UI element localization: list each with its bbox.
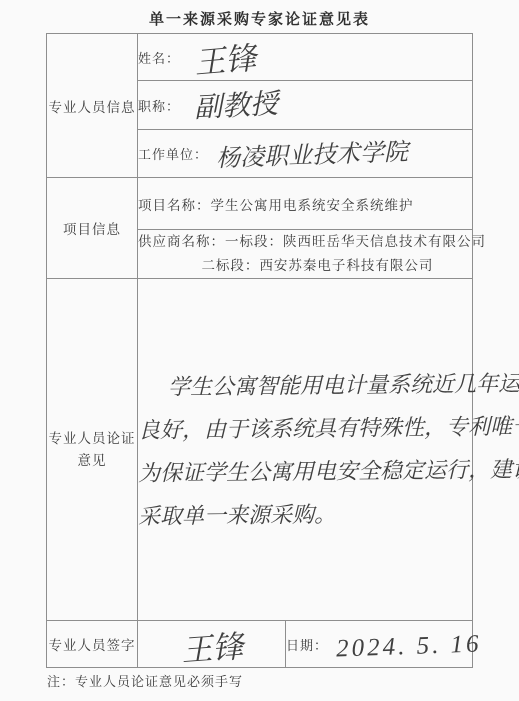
supplier-label: 供应商名称： [138, 234, 225, 249]
expert-opinion-label-line2: 意见 [47, 450, 137, 472]
supplier-section1-label: 一标段： [225, 234, 283, 249]
supplier-section2-label: 二标段： [201, 258, 259, 273]
project-name-cell: 项目名称：学生公寓用电系统安全系统维护 [138, 178, 473, 230]
project-name-value: 学生公寓用电系统安全系统维护 [211, 198, 414, 213]
opinion-line: 为保证学生公寓用电安全稳定运行，建议 [138, 448, 472, 494]
supplier-section1-value: 陕西旺岳华天信息技术有限公司 [283, 234, 486, 249]
signature-cell: 王锋 [138, 621, 286, 668]
jobtitle-handwritten-value: 副教授 [193, 91, 278, 123]
work-unit-handwritten-value: 杨凌职业技术学院 [216, 140, 409, 171]
supplier-line-1: 供应商名称：一标段：陕西旺岳华天信息技术有限公司 [138, 230, 472, 254]
expert-opinion-label-line1: 专业人员论证 [47, 428, 137, 450]
section-label-signature: 专业人员签字 [47, 621, 138, 668]
opinion-handwritten-cell: 学生公寓智能用电计量系统近几年运行 良好，由于该系统具有特殊性，专利唯一性， 为… [138, 279, 473, 621]
supplier-section2-value: 西安苏秦电子科技有限公司 [259, 258, 433, 273]
jobtitle-field-cell: 职称： 副教授 [138, 81, 473, 130]
work-unit-label: 工作单位： [138, 144, 208, 163]
name-handwritten-value: 王锋 [193, 42, 257, 78]
opinion-line: 采取单一来源采购。 [138, 491, 472, 537]
jobtitle-label: 职称： [138, 96, 180, 115]
footnote: 注：专业人员论证意见必须手写 [47, 671, 243, 690]
signature-handwritten-value: 王锋 [180, 630, 244, 665]
section-label-personnel-info: 专业人员信息 [47, 34, 138, 178]
project-name-label: 项目名称： [138, 198, 211, 213]
date-label: 日期： [286, 635, 328, 654]
section-label-expert-opinion: 专业人员论证 意见 [47, 279, 138, 621]
supplier-line-2: 二标段：西安苏秦电子科技有限公司 [138, 254, 472, 278]
section-label-project-info: 项目信息 [47, 178, 138, 279]
date-cell: 日期： 2024. 5. 16 [286, 621, 473, 668]
opinion-form-table: 专业人员信息 姓名： 王锋 职称： 副教授 工作单位： 杨凌职业技术学院 项目信… [46, 33, 473, 668]
form-title: 单一来源采购专家论证意见表 [0, 8, 519, 29]
opinion-line: 学生公寓智能用电计量系统近几年运行 [138, 362, 472, 408]
supplier-cell: 供应商名称：一标段：陕西旺岳华天信息技术有限公司 二标段：西安苏秦电子科技有限公… [138, 230, 473, 279]
name-field-cell: 姓名： 王锋 [138, 34, 473, 81]
date-handwritten-value: 2024. 5. 16 [336, 631, 482, 661]
name-label: 姓名： [138, 48, 180, 67]
opinion-line: 良好，由于该系统具有特殊性，专利唯一性， [138, 405, 472, 451]
work-unit-field-cell: 工作单位： 杨凌职业技术学院 [138, 130, 473, 178]
